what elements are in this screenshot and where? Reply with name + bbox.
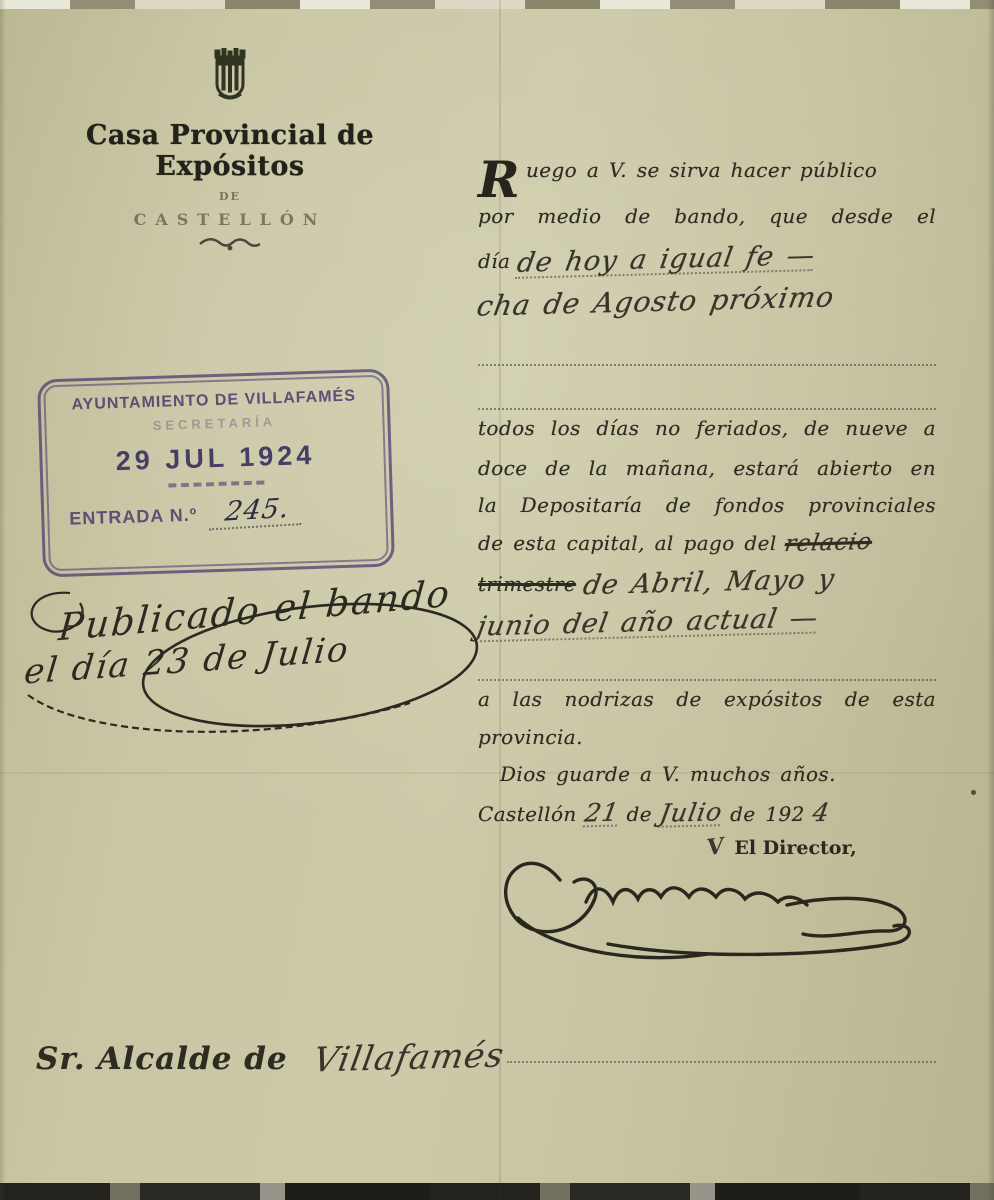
ink-speck: [971, 790, 976, 795]
scan-edge-top: [0, 0, 994, 9]
body-line-3: día de hoy a igual fe —: [478, 246, 936, 288]
body-line-10: de esta capital, al pago del relacio: [478, 532, 936, 569]
director-signature-icon: [498, 836, 934, 966]
body-line-9: la Depositaría de fondos provinciales: [478, 495, 936, 532]
body-closing: Dios guarde a V. muchos años.: [478, 764, 936, 800]
scan-edge-bottom: [0, 1183, 994, 1200]
letterhead-city: CASTELLÓN: [40, 210, 420, 229]
handwritten-day: 21: [582, 800, 621, 828]
handwritten-struck-word: relacio: [783, 531, 874, 556]
dotted-blank-line-3: [478, 649, 936, 681]
coat-of-arms-icon: [209, 48, 251, 106]
dropcap-R: R: [478, 160, 520, 199]
addressee-handwritten: Villafamés: [310, 1036, 507, 1081]
body-line-12: junio del año actual —: [478, 609, 936, 649]
publication-note: Publicado el bando el día 23 de Julio: [10, 575, 500, 750]
body-dateline: Castellón 21 de Julio de 1924: [478, 800, 936, 836]
letter-body: Ruego a V. se sirva hacer público por me…: [478, 160, 936, 858]
dotted-blank-line-2: [478, 374, 936, 410]
handwritten-months: de Abril, Mayo y: [581, 566, 837, 600]
letterhead-flourish-icon: [40, 235, 420, 257]
stamp-entry-row: ENTRADA N.º 245.: [49, 491, 386, 535]
body-line-1: Ruego a V. se sirva hacer público: [478, 160, 936, 206]
handwritten-year-digit: 4: [811, 800, 832, 825]
stamp-date: 29 JUL 1924: [115, 440, 316, 477]
body-line-15: provincia.: [478, 727, 936, 764]
stamp-inner-border: AYUNTAMIENTO DE VILLAFAMÉS SECRETARÍA 29…: [43, 375, 389, 572]
handwritten-date-range: de hoy a igual fe —: [515, 242, 817, 279]
stamp-subtitle: SECRETARÍA: [152, 414, 276, 433]
letterhead-de: DE: [40, 190, 420, 203]
body-line-8: doce de la mañana, estará abierto en: [478, 458, 936, 495]
body-line-11: trimestre de Abril, Mayo y: [478, 569, 936, 609]
letterhead-title: Casa Provincial de Expósitos: [40, 120, 420, 182]
body-line-4: cha de Agosto próximo: [478, 288, 936, 338]
dotted-blank-line-1: [478, 338, 936, 366]
stamp-entry-label: ENTRADA N.º: [69, 505, 198, 530]
scan-edge-right: [987, 0, 994, 1200]
addressee-dotted-rule: [507, 1061, 936, 1063]
stamp-title: AYUNTAMIENTO DE VILLAFAMÉS: [71, 388, 356, 415]
body-line-14: a las nodrizas de expósitos de esta: [478, 689, 936, 727]
stamp-dashed-rule: [168, 480, 264, 487]
scanned-letter-page: Casa Provincial de Expósitos DE CASTELLÓ…: [0, 0, 994, 1200]
body-line-2: por medio de bando, que desde el: [478, 206, 936, 246]
addressee-printed: Sr. Alcalde de: [36, 1041, 288, 1077]
handwritten-month-name: Julio: [658, 799, 725, 828]
scan-edge-left: [0, 0, 6, 1200]
letterhead: Casa Provincial de Expósitos DE CASTELLÓ…: [40, 48, 420, 257]
addressee-line: Sr. Alcalde de Villafamés: [36, 1038, 936, 1078]
body-line-7: todos los días no feriados, de nueve a: [478, 418, 936, 458]
handwritten-month: cha de Agosto próximo: [475, 283, 837, 320]
stamp-entry-number: 245.: [209, 492, 306, 530]
handwritten-year-phrase: junio del año actual —: [475, 605, 821, 643]
municipal-entry-stamp: AYUNTAMIENTO DE VILLAFAMÉS SECRETARÍA 29…: [37, 369, 395, 578]
